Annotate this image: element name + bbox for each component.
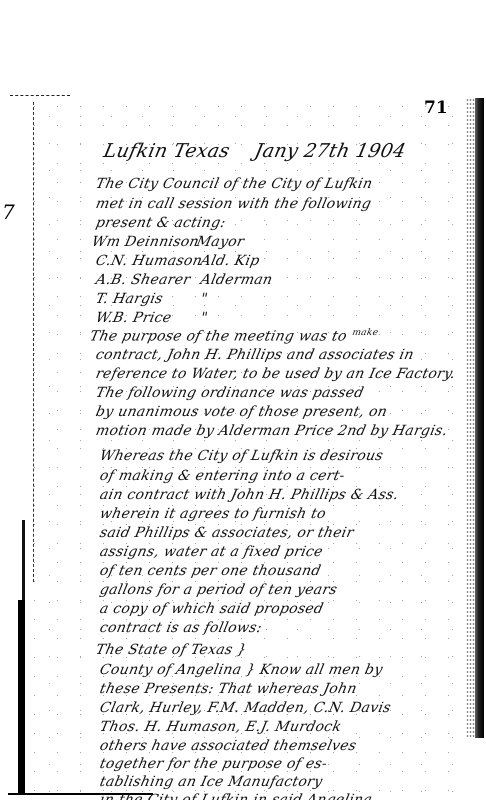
purpose-line-4: The following ordinance was passed [94,385,365,401]
contract-line-8: in the City of Lufkin in said Angelina [98,792,373,800]
whereas-line-10: contract is as follows: [98,620,263,636]
state-heading: The State of Texas } [94,642,248,658]
member-title: Alderman [199,272,274,288]
roll-call-row: T. Hargis " [94,291,209,307]
scanned-ledger-page: 71 7 Lufkin Texas Jany 27th 1904 The Cit… [0,0,486,800]
whereas-line-4: wherein it agrees to furnish to [98,506,327,522]
whereas-line-3: ain contract with John H. Phillips & Ass… [98,487,400,503]
purpose-line-1: The purpose of the meeting was to make [88,328,379,345]
heading-place: Lufkin Texas [102,140,232,162]
roll-call-row: A.B. Shearer Alderman [94,272,274,288]
whereas-line-5: said Phillips & associates, or their [98,525,355,541]
contract-line-2: these Presents: That whereas John [98,681,358,697]
right-page-edge [475,98,484,738]
intro-line-2: met in call session with the following [94,196,373,212]
contract-line-6: together for the purpose of es- [98,756,328,772]
purpose-line-3: reference to Water, to be used by an Ice… [94,366,457,382]
contract-line-5: others have associated themselves [98,738,358,754]
margin-mark: 7 [2,200,15,224]
contract-line-7: tablishing an Ice Manufactory [98,774,324,790]
purpose-line-2: contract, John H. Phillips and associate… [94,347,415,363]
member-title: Mayor [195,234,246,250]
purpose-text: The purpose of the meeting was to [88,329,353,345]
roll-call-row: Wm Deinnison Mayor [90,234,245,250]
member-name: A.B. Shearer [94,272,197,288]
heading-line: Lufkin Texas Jany 27th 1904 [102,140,408,162]
page-number: 71 [424,98,448,118]
purpose-line-5: by unanimous vote of those present, on [94,404,389,420]
contract-line-3: Clark, Hurley, F.M. Madden, C.N. Davis [98,700,392,716]
purpose-insert: make [351,328,379,338]
roll-call-row: C.N. Humason Ald. Kip [94,253,261,269]
intro-line-3: present & acting: [94,215,227,231]
member-name: T. Hargis [94,291,197,307]
purpose-line-6: motion made by Alderman Price 2nd by Har… [94,423,449,439]
left-margin-rule [33,102,34,582]
contract-line-1: County of Angelina } Know all men by [98,662,384,678]
binding-edge-top [22,520,25,600]
heading-date: Jany 27th 1904 [253,140,408,162]
member-name: C.N. Humason [94,253,197,269]
whereas-line-9: a copy of which said proposed [98,601,325,617]
whereas-line-7: of ten cents per one thousand [98,563,322,579]
whereas-line-2: of making & entering into a cert- [98,468,346,484]
whereas-line-6: assigns, water at a fixed price [98,544,324,560]
intro-line-1: The City Council of the City of Lufkin [94,176,374,192]
member-title: Ald. Kip [199,253,261,269]
binding-edge [18,600,25,795]
roll-call-row: W.B. Price " [94,310,209,326]
contract-line-4: Thos. H. Humason, E.J. Murdock [98,719,343,735]
member-name: Wm Deinnison [90,234,193,250]
top-margin-rule [10,95,70,96]
whereas-line-1: Whereas the City of Lufkin is desirous [98,448,384,464]
member-name: W.B. Price [94,310,197,326]
whereas-line-8: gallons for a period of ten years [98,582,338,598]
